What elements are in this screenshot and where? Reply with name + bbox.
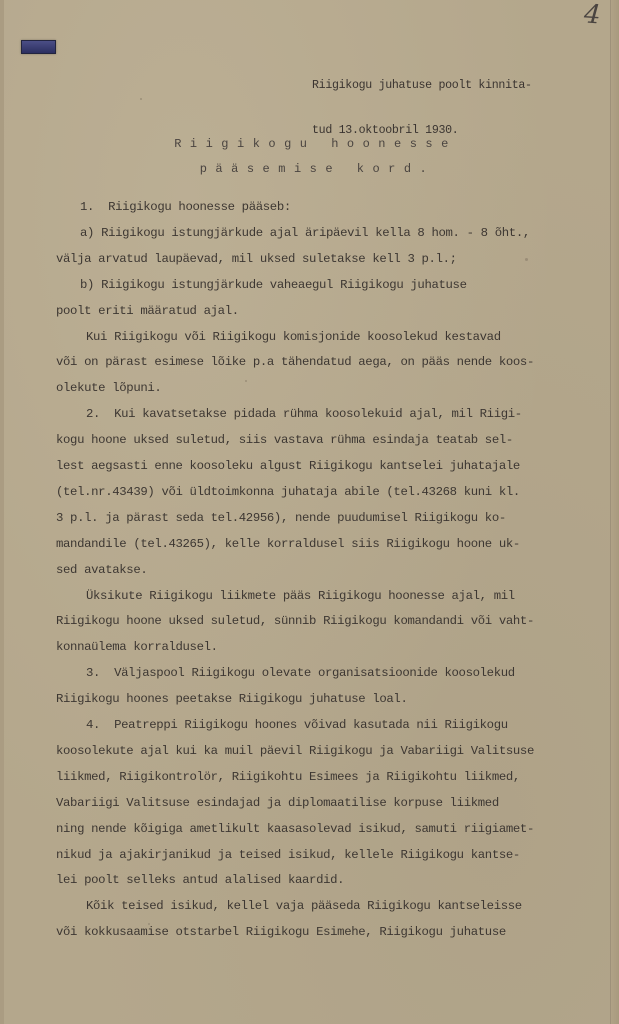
body-line: või on pärast esimese lõike p.a tähendat…	[56, 355, 534, 369]
page-right-edge	[610, 0, 619, 1024]
approval-note-line: tud 13.oktoobril 1930.	[312, 123, 532, 138]
document-page: 4 Riigikogu juhatuse poolt kinnita- tud …	[0, 0, 619, 1024]
body-line: või kokkusaamise otstarbel Riigikogu Esi…	[56, 925, 506, 939]
body-line: lest aegsasti enne koosoleku algust Riig…	[56, 459, 520, 473]
body-line: Üksikute Riigikogu liikmete pääs Riigiko…	[86, 589, 515, 603]
body-line: ning nende kõigiga ametlikult kaasasolev…	[56, 822, 534, 836]
document-title-line-2: pääsemise kord.	[0, 162, 619, 176]
body-line: 1. Riigikogu hoonesse pääseb:	[80, 200, 291, 214]
body-line: konnaülema korraldusel.	[56, 640, 218, 654]
archive-tape-marker	[21, 40, 56, 54]
body-line: liikmed, Riigikontrolör, Riigikohtu Esim…	[56, 770, 520, 784]
body-line: (tel.nr.43439) või üldtoimkonna juhataja…	[56, 485, 520, 499]
paper-speck	[140, 98, 142, 100]
document-title-line-1: Riigikogu hoonesse	[0, 137, 619, 151]
body-line: kogu hoone uksed suletud, siis vastava r…	[56, 433, 513, 447]
body-line: Kõik teised isikud, kellel vaja pääseda …	[86, 899, 522, 913]
body-line: sed avatakse.	[56, 563, 147, 577]
paper-speck	[245, 380, 247, 382]
body-line: koosolekute ajal kui ka muil päevil Riig…	[56, 744, 534, 758]
body-line: mandandile (tel.43265), kelle korralduse…	[56, 537, 520, 551]
body-line: poolt eriti määratud ajal.	[56, 304, 239, 318]
approval-note-line: Riigikogu juhatuse poolt kinnita-	[312, 78, 532, 93]
body-line: olekute lõpuni.	[56, 381, 161, 395]
body-line: Kui Riigikogu või Riigikogu komisjonide …	[86, 330, 501, 344]
body-line: b) Riigikogu istungjärkude vaheaegul Rii…	[80, 278, 467, 292]
body-line: 4. Peatreppi Riigikogu hoones võivad kas…	[86, 718, 508, 732]
body-line: lei poolt selleks antud alalised kaardid…	[56, 873, 344, 887]
body-line: nikud ja ajakirjanikud ja teised isikud,…	[56, 848, 520, 862]
paper-speck	[148, 923, 150, 925]
body-line: 2. Kui kavatsetakse pidada rühma koosole…	[86, 407, 522, 421]
page-left-edge	[0, 0, 4, 1024]
body-line: a) Riigikogu istungjärkude ajal äripäevi…	[80, 226, 530, 240]
body-line: Riigikogu hoone uksed suletud, sünnib Ri…	[56, 614, 534, 628]
body-line: Riigikogu hoones peetakse Riigikogu juha…	[56, 692, 407, 706]
body-line: 3. Väljaspool Riigikogu olevate organisa…	[86, 666, 515, 680]
paper-speck	[525, 258, 528, 261]
body-line: välja arvatud laupäevad, mil uksed sulet…	[56, 252, 457, 266]
body-line: Vabariigi Valitsuse esindajad ja diploma…	[56, 796, 499, 810]
body-line: 3 p.l. ja pärast seda tel.42956), nende …	[56, 511, 506, 525]
handwritten-page-number: 4	[583, 0, 602, 31]
